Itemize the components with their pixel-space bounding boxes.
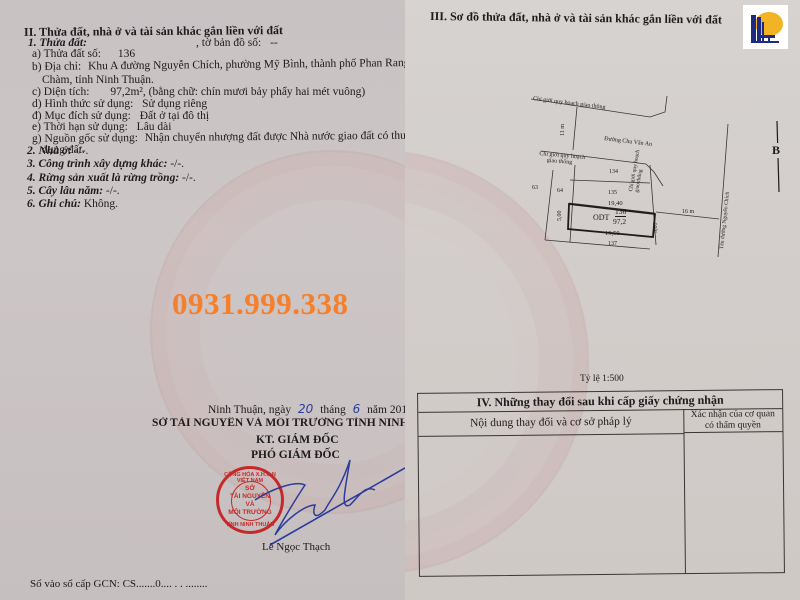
bottom-edge-length: 19,50: [605, 230, 620, 237]
neighbor-134: 134: [609, 169, 618, 175]
road-width-label: 11 m: [560, 124, 566, 136]
north-arrow-label: B: [771, 143, 781, 158]
parcel-number-label: 136: [615, 208, 626, 217]
changes-col-confirmation: Xác nhận của cơ quan có thẩm quyền: [683, 408, 782, 433]
neighbor-135: 135: [608, 190, 617, 196]
changes-table: IV. Những thay đổi sau khi cấp giấy chứn…: [417, 389, 785, 577]
left-edge-length: 5,00: [557, 211, 563, 222]
neighbor-63: 63: [532, 185, 538, 191]
right-edge-length: 5,00: [653, 223, 659, 234]
table-divider: [683, 433, 685, 573]
top-edge-length: 19,40: [608, 200, 623, 207]
scale-label: Tỷ lệ 1:500: [580, 374, 624, 384]
neighbor-64: 64: [557, 188, 563, 194]
neighbor-137: 137: [608, 241, 617, 247]
right-road-width: 16 m: [682, 209, 694, 215]
real-estate-logo-icon: [743, 5, 788, 49]
parcel-area-label: 97,2: [613, 217, 626, 226]
parcel-code: ODT: [593, 213, 609, 222]
changes-col-content: Nội dung thay đổi và cơ sở pháp lý: [418, 409, 684, 437]
